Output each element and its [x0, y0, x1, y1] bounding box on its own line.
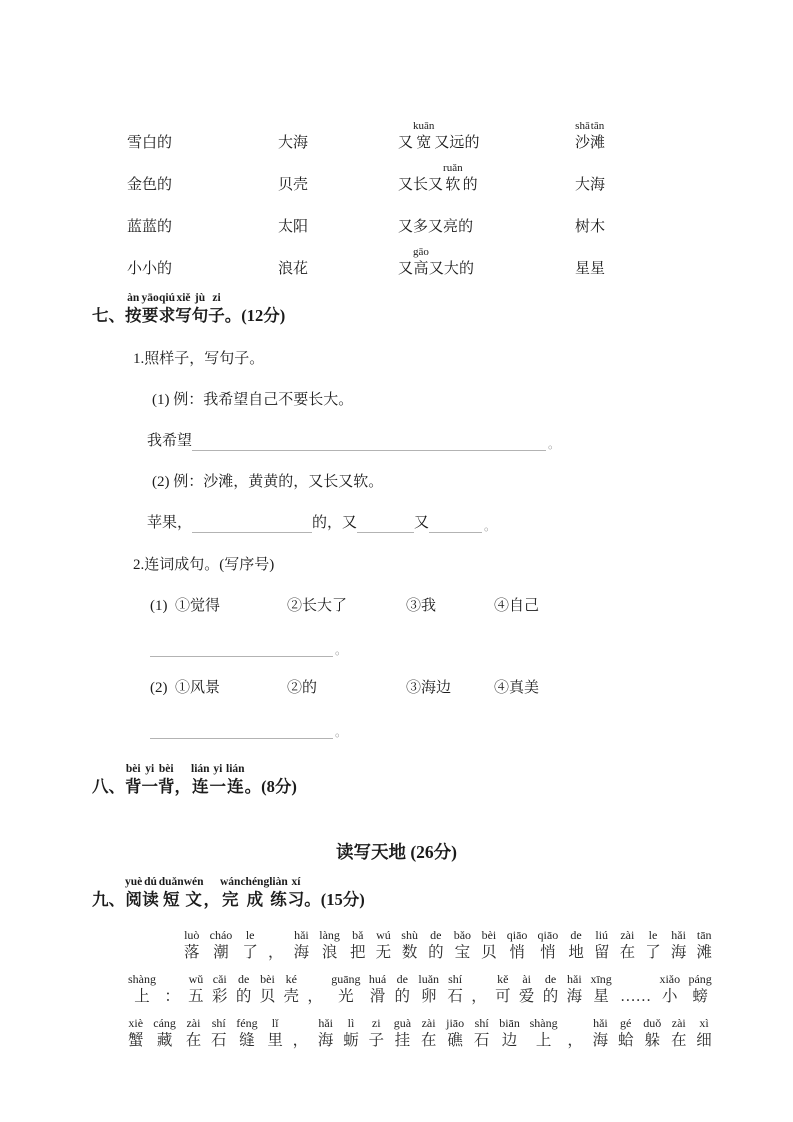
hanzi-character: 无 [376, 942, 392, 964]
ruby-pair: féng缝 [236, 1016, 257, 1052]
hanzi-character: 礁 [447, 1030, 463, 1052]
ruby-pair: qiāo悄 [538, 928, 559, 964]
ruby-pair: 又 [434, 133, 449, 154]
ruby-pair: lián连 [226, 763, 245, 798]
ruby-pair: xiè蟹 [128, 1016, 144, 1052]
ruby-pair: xiǎo小 [659, 972, 680, 1008]
item-1-stem-prefix: 我希望 [147, 431, 192, 451]
numbered-word-option: ③我 [406, 596, 494, 617]
ruby-pair: duǒ躲 [643, 1016, 661, 1052]
hanzi-character: 又 [428, 217, 443, 238]
ruby-pair: 木 [590, 217, 605, 238]
hanzi-character: 连 [192, 776, 209, 798]
ruby-pair: tān滩 [590, 120, 605, 154]
hanzi-character: 宝 [455, 942, 471, 964]
pinyin-annotation: luò [184, 928, 199, 942]
ruby-pair: yuè阅 [125, 876, 142, 911]
ruby-pair: liú留 [594, 928, 610, 964]
ruby-pair: hǎi海 [567, 972, 583, 1008]
pinyin-annotation: zi [212, 292, 220, 305]
item-2-stem-mid2: 又 [414, 513, 429, 533]
pinyin-annotation: yi [213, 763, 222, 776]
hanzi-character: 滩 [590, 133, 605, 154]
ruby-pair: làng浪 [319, 928, 340, 964]
item-2-period: 。 [484, 519, 496, 533]
pinyin-annotation: huá [369, 972, 386, 986]
ruby-pair: duǎn短 [159, 876, 184, 911]
hanzi-character: 石 [211, 1030, 227, 1052]
hanzi-character: 的 [428, 942, 444, 964]
section-8-title-ruby: bèi背yi一bèi背，lián连yi一lián连 [125, 763, 245, 798]
ruby-pair: kuān宽 [413, 120, 434, 154]
hanzi-character: 阅 [125, 889, 142, 911]
match-cell-noun: 大海 [278, 133, 398, 154]
section-8-points: 。(8分) [245, 776, 297, 798]
pinyin-annotation: hǎi [318, 1016, 333, 1030]
hanzi-character: 光 [338, 986, 354, 1008]
hanzi-character: 卵 [421, 986, 437, 1008]
ruby-pair: de的 [395, 972, 411, 1008]
hanzi-character: 数 [402, 942, 418, 964]
hanzi-character: 彩 [212, 986, 228, 1008]
numbered-word-option: ④真美 [494, 678, 539, 699]
match-row: 蓝蓝的太阳又多又亮的树木 [127, 196, 793, 238]
reading-passage: luò落cháo潮le了，hǎi海làng浪bǎ把wú无shù数de的bǎo宝b… [128, 920, 712, 1052]
hanzi-character: ， [268, 942, 284, 964]
ruby-pair: wán完 [220, 876, 240, 911]
section-7-title-ruby: àn按yāo要qiú求xiě写jù句zi子 [125, 292, 225, 327]
ruby-pair: jù句 [192, 292, 209, 327]
pinyin-annotation: ài [522, 972, 531, 986]
pinyin-annotation: qiāo [538, 928, 559, 942]
passage-line: xiè蟹cáng藏zài在shí石féng缝lǐ里，hǎi海lì蛎zi子guà挂… [128, 1008, 712, 1052]
ruby-pair: qiú求 [159, 292, 176, 327]
hanzi-character: 的 [464, 133, 479, 154]
pinyin-annotation: liú [595, 928, 608, 942]
ruby-pair: àn按 [125, 292, 142, 327]
match-cell-adjective: 小小的 [127, 259, 278, 280]
hanzi-character: 贝 [481, 942, 497, 964]
match-cell-noun: 浪花 [278, 259, 398, 280]
worksheet-page: 雪白的大海又kuān宽又远的shā沙tān滩金色的贝壳又长又ruǎn软的大海蓝蓝… [0, 0, 793, 1122]
hanzi-character: 的 [463, 175, 478, 196]
ruby-pair: bèi贝 [260, 972, 276, 1008]
section-9-points: 。(15分) [304, 889, 365, 911]
ruby-pair: le了 [645, 928, 661, 964]
pinyin-annotation: duǎn [159, 876, 184, 889]
pinyin-annotation: hǎi [671, 928, 686, 942]
hanzi-character: 潮 [213, 942, 229, 964]
ruby-pair: zài在 [620, 928, 636, 964]
pinyin-annotation: lǐ [272, 1016, 279, 1030]
pinyin-annotation: ké [286, 972, 297, 986]
pinyin-annotation: tān [591, 120, 604, 133]
ruby-pair: ， [293, 1030, 309, 1052]
hanzi-character: 沙 [575, 133, 590, 154]
numbered-word-option: ④自己 [494, 596, 539, 617]
pinyin-annotation: qiú [159, 292, 175, 305]
match-cell-target: 大海 [575, 175, 605, 196]
ruby-pair: kě可 [495, 972, 511, 1008]
ruby-pair: shí石 [474, 1016, 490, 1052]
ruby-pair: xí习 [288, 876, 305, 911]
ruby-pair: bèi背 [125, 763, 142, 798]
hanzi-character: 缝 [239, 1030, 255, 1052]
hanzi-character: 星 [593, 986, 609, 1008]
pinyin-annotation: ruǎn [443, 162, 463, 175]
ruby-pair: zi子 [368, 1016, 384, 1052]
ruby-pair: 大 [444, 259, 459, 280]
ruby-pair: ， [307, 986, 323, 1008]
hanzi-character: 小 [662, 986, 678, 1008]
pinyin-annotation: xí [292, 876, 301, 889]
hanzi-character: 藏 [157, 1030, 173, 1052]
ruby-pair: 的 [459, 259, 474, 280]
hanzi-character: 多 [413, 217, 428, 238]
ruby-pair: de的 [543, 972, 559, 1008]
pinyin-annotation: chéng [240, 876, 269, 889]
ruby-pair: …… [620, 986, 651, 1008]
hanzi-character: 句 [192, 305, 209, 327]
pinyin-annotation: bèi [482, 928, 497, 942]
ruby-pair: ， [567, 1030, 583, 1052]
pinyin-annotation: le [649, 928, 658, 942]
hanzi-character: 长 [413, 175, 428, 196]
match-row: 小小的浪花又gāo高又大的星星 [127, 238, 793, 280]
pinyin-annotation: bǎ [352, 928, 363, 942]
ruby-pair: de地 [568, 928, 584, 964]
pinyin-annotation: de [238, 972, 249, 986]
ruby-pair: bǎo宝 [454, 928, 471, 964]
section-9-number: 九、 [92, 889, 125, 911]
ruby-pair: lì蛎 [343, 1016, 359, 1052]
pinyin-annotation: wú [376, 928, 391, 942]
hanzi-character: 海 [593, 1030, 609, 1052]
ruby-pair: 又 [398, 259, 413, 280]
hanzi-character: 读 [142, 889, 159, 911]
ruby-pair: 星 [590, 259, 605, 280]
hanzi-character: 在 [620, 942, 636, 964]
hanzi-character: 爱 [519, 986, 535, 1008]
pinyin-annotation: zài [672, 1016, 686, 1030]
ruby-pair: 亮 [443, 217, 458, 238]
ruby-pair: shàng上 [530, 1016, 558, 1052]
ruby-pair: de的 [428, 928, 444, 964]
hanzi-character: 木 [590, 217, 605, 238]
match-cell-noun: 太阳 [278, 217, 398, 238]
hanzi-character: 连 [227, 776, 244, 798]
match-word: 浪花 [278, 261, 308, 277]
item-1-period: 。 [548, 437, 560, 451]
rearrange-q2-answer-blank [150, 721, 333, 739]
hanzi-character: 留 [594, 942, 610, 964]
pinyin-annotation: yāo [142, 292, 159, 305]
ruby-pair: liàn练 [269, 876, 288, 911]
ruby-pair: tān滩 [696, 928, 712, 964]
part-title: 读写天地 (26分) [0, 840, 793, 864]
ruby-pair: 又 [398, 217, 413, 238]
ruby-pair: bǎ把 [350, 928, 366, 964]
pinyin-annotation: shàng [530, 1016, 558, 1030]
ruby-pair: 的 [464, 133, 479, 154]
pinyin-annotation: biān [499, 1016, 520, 1030]
hanzi-character: 挂 [395, 1030, 411, 1052]
pinyin-annotation: de [545, 972, 556, 986]
match-row: 雪白的大海又kuān宽又远的shā沙tān滩 [127, 112, 793, 154]
pinyin-annotation: làng [319, 928, 340, 942]
hanzi-character: 悄 [509, 942, 525, 964]
ruby-pair: biān边 [499, 1016, 520, 1052]
ruby-pair: lián连 [191, 763, 210, 798]
ruby-pair: gé蛤 [618, 1016, 634, 1052]
item-1-example: (1) 例：我希望自己不要长大。 [152, 390, 793, 410]
ruby-pair: 大 [575, 175, 590, 196]
hanzi-character: 又 [398, 217, 413, 238]
hanzi-character: ， [293, 1030, 309, 1052]
ruby-pair: hǎi海 [671, 928, 687, 964]
pinyin-annotation: páng [688, 972, 711, 986]
pinyin-annotation: shù [401, 928, 418, 942]
hanzi-character: 按 [125, 305, 142, 327]
hanzi-character: 背 [158, 776, 175, 798]
ruby-pair: 的 [458, 217, 473, 238]
ruby-pair: 又 [429, 259, 444, 280]
ruby-pair: yi一 [142, 763, 159, 798]
ruby-pair: lǐ里 [267, 1016, 283, 1052]
item-2-blank-1 [192, 515, 312, 533]
hanzi-character: 的 [458, 217, 473, 238]
hanzi-character: 了 [645, 942, 661, 964]
ruby-pair: zi子 [208, 292, 225, 327]
match-word: 贝壳 [278, 177, 308, 193]
pinyin-annotation: jiāo [446, 1016, 464, 1030]
hanzi-character: 亮 [443, 217, 458, 238]
hanzi-character: 螃 [692, 986, 708, 1008]
pinyin-annotation: gé [620, 1016, 631, 1030]
pinyin-annotation: cháo [210, 928, 233, 942]
ruby-pair: ài爱 [519, 972, 535, 1008]
ruby-pair: 又 [428, 175, 443, 196]
hanzi-character: 完 [222, 889, 239, 911]
numbered-word-option: ③海边 [406, 678, 494, 699]
hanzi-character: 边 [502, 1030, 518, 1052]
hanzi-character: 求 [159, 305, 176, 327]
pinyin-annotation: tān [697, 928, 712, 942]
match-cell-phrase: 又长又ruǎn软的 [398, 162, 575, 196]
section-7-heading: 七、àn按yāo要qiú求xiě写jù句zi子。(12分) [92, 292, 793, 327]
pinyin-annotation: féng [236, 1016, 257, 1030]
hanzi-character: 的 [236, 986, 252, 1008]
ruby-pair: xīng星 [590, 972, 611, 1008]
ruby-pair: qiāo悄 [507, 928, 528, 964]
numbered-word-option: ①觉得 [175, 596, 287, 617]
pinyin-annotation: shā [575, 120, 590, 133]
numbered-word-option: ②的 [287, 678, 406, 699]
ruby-pair: bèi背 [158, 763, 175, 798]
ruby-pair: de的 [236, 972, 252, 1008]
hanzi-character: 星 [590, 259, 605, 280]
pinyin-annotation: yi [145, 763, 154, 776]
hanzi-character: 悄 [540, 942, 556, 964]
match-cell-phrase: 又多又亮的 [398, 217, 575, 238]
hanzi-character: ， [175, 776, 192, 798]
hanzi-character: 海 [590, 175, 605, 196]
pinyin-annotation: de [570, 928, 581, 942]
pinyin-annotation: shí [212, 1016, 226, 1030]
rearrange-q1-answer-row: 。 [150, 641, 793, 657]
pinyin-annotation: zài [620, 928, 634, 942]
ruby-pair: huá滑 [369, 972, 386, 1008]
pinyin-annotation: shí [448, 972, 462, 986]
pinyin-annotation: bèi [159, 763, 174, 776]
ruby-pair: hǎi海 [318, 1016, 334, 1052]
ruby-pair: dú读 [142, 876, 159, 911]
pinyin-annotation: zi [372, 1016, 381, 1030]
pinyin-annotation: de [430, 928, 441, 942]
hanzi-character: 子 [368, 1030, 384, 1052]
hanzi-character: ， [307, 986, 323, 1008]
ruby-pair: ké壳 [284, 972, 300, 1008]
hanzi-character: ， [471, 986, 487, 1008]
match-cell-phrase: 又gāo高又大的 [398, 246, 575, 280]
pinyin-annotation: dú [144, 876, 157, 889]
ruby-pair: zài在 [421, 1016, 437, 1052]
ruby-pair: zài在 [186, 1016, 202, 1052]
item-2-blank-2 [357, 515, 414, 533]
ruby-pair: le了 [242, 928, 258, 964]
section-8-heading: 八、bèi背yi一bèi背，lián连yi一lián连。(8分) [92, 763, 793, 798]
hanzi-character: 背 [125, 776, 142, 798]
hanzi-character: 习 [288, 889, 305, 911]
rearrange-q1-answer-blank [150, 639, 333, 657]
ruby-pair: 长 [413, 175, 428, 196]
ruby-pair: guà挂 [394, 1016, 411, 1052]
match-word: 金色的 [127, 177, 172, 193]
ruby-pair: yi一 [210, 763, 227, 798]
ruby-pair: bèi贝 [481, 928, 497, 964]
hanzi-character: 的 [459, 259, 474, 280]
ruby-pair: shā沙 [575, 120, 590, 154]
pinyin-annotation: xiě [176, 292, 190, 305]
question-label: (2) [150, 678, 175, 699]
hanzi-character: 可 [495, 986, 511, 1008]
hanzi-character: 细 [696, 1030, 712, 1052]
hanzi-character: 浪 [322, 942, 338, 964]
match-cell-adjective: 雪白的 [127, 133, 278, 154]
match-cell-phrase: 又kuān宽又远的 [398, 120, 575, 154]
rearrange-q2-answer-row: 。 [150, 723, 793, 739]
ruby-pair: shàng上 [128, 972, 156, 1008]
pinyin-annotation: yuè [125, 876, 142, 889]
passage-line: luò落cháo潮le了，hǎi海làng浪bǎ把wú无shù数de的bǎo宝b… [128, 920, 712, 964]
ruby-pair: luǎn卵 [418, 972, 439, 1008]
question-label: (1) [150, 596, 175, 617]
ruby-pair: 远 [449, 133, 464, 154]
pinyin-annotation: hǎi [294, 928, 309, 942]
match-cell-target: 树木 [575, 217, 605, 238]
hanzi-character: 滑 [370, 986, 386, 1008]
item-1-answer-row: 我希望。 [147, 431, 560, 451]
hanzi-character: 练 [270, 889, 287, 911]
ruby-pair: hǎi海 [294, 928, 310, 964]
hanzi-character: 又 [428, 175, 443, 196]
hanzi-character: 把 [350, 942, 366, 964]
pinyin-annotation: jù [195, 292, 205, 305]
hanzi-character: 上 [134, 986, 150, 1008]
hanzi-character: 在 [186, 1030, 202, 1052]
hanzi-character: 短 [163, 889, 180, 911]
hanzi-character: 软 [445, 175, 460, 196]
ruby-pair: ， [204, 889, 221, 911]
pinyin-annotation: xiè [128, 1016, 143, 1030]
hanzi-character: ， [204, 889, 221, 911]
ruby-pair: 星 [575, 259, 590, 280]
pinyin-annotation: hǎi [567, 972, 582, 986]
ruby-pair: guāng光 [331, 972, 360, 1008]
section-7-points: 。(12分) [225, 305, 286, 327]
ruby-pair: ， [268, 942, 284, 964]
ruby-pair: yāo要 [142, 292, 159, 327]
pinyin-annotation: gāo [413, 246, 429, 259]
hanzi-character: 海 [294, 942, 310, 964]
item-1-answer-blank [192, 433, 546, 451]
hanzi-character: 滩 [696, 942, 712, 964]
hanzi-character: 里 [267, 1030, 283, 1052]
match-cell-target: shā沙tān滩 [575, 120, 605, 154]
item-2-answer-row: 苹果，的，又又。 [147, 513, 793, 533]
hanzi-character: 宽 [416, 133, 431, 154]
hanzi-character: 落 [184, 942, 200, 964]
item-2-stem-mid1: 的，又 [312, 513, 357, 533]
hanzi-character: 写 [175, 305, 192, 327]
ruby-pair: ruǎn软 [443, 162, 463, 196]
match-word: 雪白的 [127, 135, 172, 151]
ruby-pair: 又 [398, 175, 413, 196]
hanzi-character: 壳 [284, 986, 300, 1008]
ruby-pair: xiě写 [175, 292, 192, 327]
ruby-pair: 树 [575, 217, 590, 238]
hanzi-character: 蟹 [128, 1030, 144, 1052]
rearrange-q1-period: 。 [335, 643, 347, 657]
ruby-pair: xì细 [696, 1016, 712, 1052]
pinyin-annotation: shàng [128, 972, 156, 986]
hanzi-character: 蛤 [618, 1030, 634, 1052]
ruby-pair: 又 [428, 217, 443, 238]
hanzi-character: 一 [142, 776, 159, 798]
numbered-word-option: ①风景 [175, 678, 287, 699]
hanzi-character: 的 [543, 986, 559, 1008]
ruby-pair: wǔ五 [188, 972, 204, 1008]
ruby-pair: hǎi海 [593, 1016, 609, 1052]
hanzi-character: 海 [567, 986, 583, 1008]
pinyin-annotation: zài [186, 1016, 200, 1030]
pinyin-annotation: duǒ [643, 1016, 661, 1030]
ruby-pair: cǎi彩 [212, 972, 228, 1008]
hanzi-character: 的 [395, 986, 411, 1008]
ruby-pair: chéng成 [240, 876, 269, 911]
pinyin-annotation: kě [497, 972, 508, 986]
match-word: 大海 [278, 135, 308, 151]
pinyin-annotation: àn [127, 292, 139, 305]
hanzi-character: 又 [398, 175, 413, 196]
hanzi-character: 大 [444, 259, 459, 280]
section-7-number: 七、 [92, 305, 125, 327]
match-word: 太阳 [278, 219, 308, 235]
hanzi-character: 文 [185, 889, 202, 911]
hanzi-character: 要 [142, 305, 159, 327]
pinyin-annotation: xīng [590, 972, 611, 986]
match-word: 小小的 [127, 261, 172, 277]
